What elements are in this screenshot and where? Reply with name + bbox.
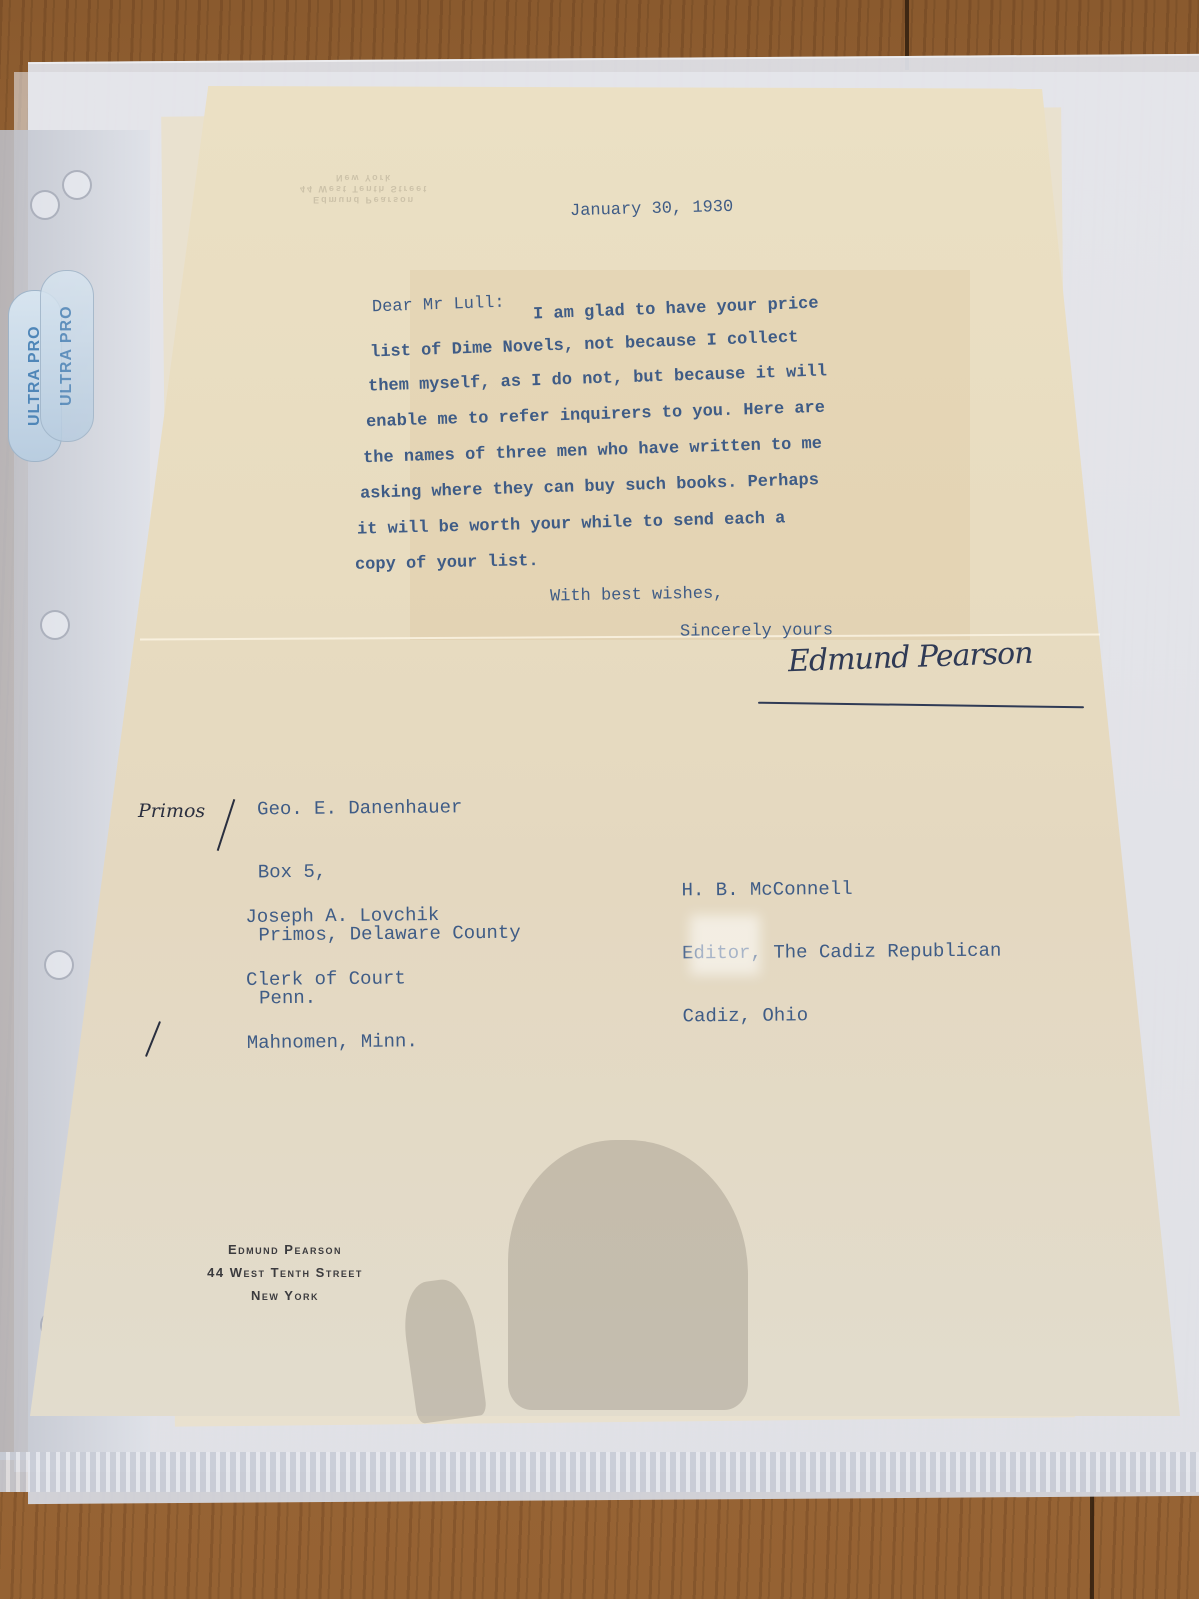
letterhead: Edmund Pearson 44 West Tenth Street New … — [160, 1238, 410, 1307]
letterhead-street: 44 West Tenth Street — [160, 1261, 410, 1284]
reinforcement-sticker: ULTRA PRO — [40, 270, 94, 442]
binder-hole — [44, 950, 74, 980]
binder-hole — [30, 190, 60, 220]
handwritten-margin-note: Primos — [138, 800, 205, 822]
letterhead-name: Edmund Pearson — [160, 1238, 410, 1261]
table-seam — [1090, 1480, 1094, 1599]
sleeve-bottom-edge — [0, 1452, 1199, 1492]
light-glare — [690, 915, 760, 975]
bleed-through-letterhead: Edmund Pearson 44 West Tenth Street New … — [300, 172, 428, 205]
closing-sincerely: Sincerely yours — [680, 621, 833, 641]
binder-hole — [62, 170, 92, 200]
letterhead-city: New York — [160, 1284, 410, 1307]
closing-wishes: With best wishes, — [550, 584, 724, 606]
photographer-shadow — [508, 1140, 748, 1410]
body-line: copy of your list. — [355, 552, 539, 575]
recipient-2: Joseph A. Lovchik Clerk of Court Mahnome… — [245, 863, 441, 1075]
binder-hole — [40, 610, 70, 640]
